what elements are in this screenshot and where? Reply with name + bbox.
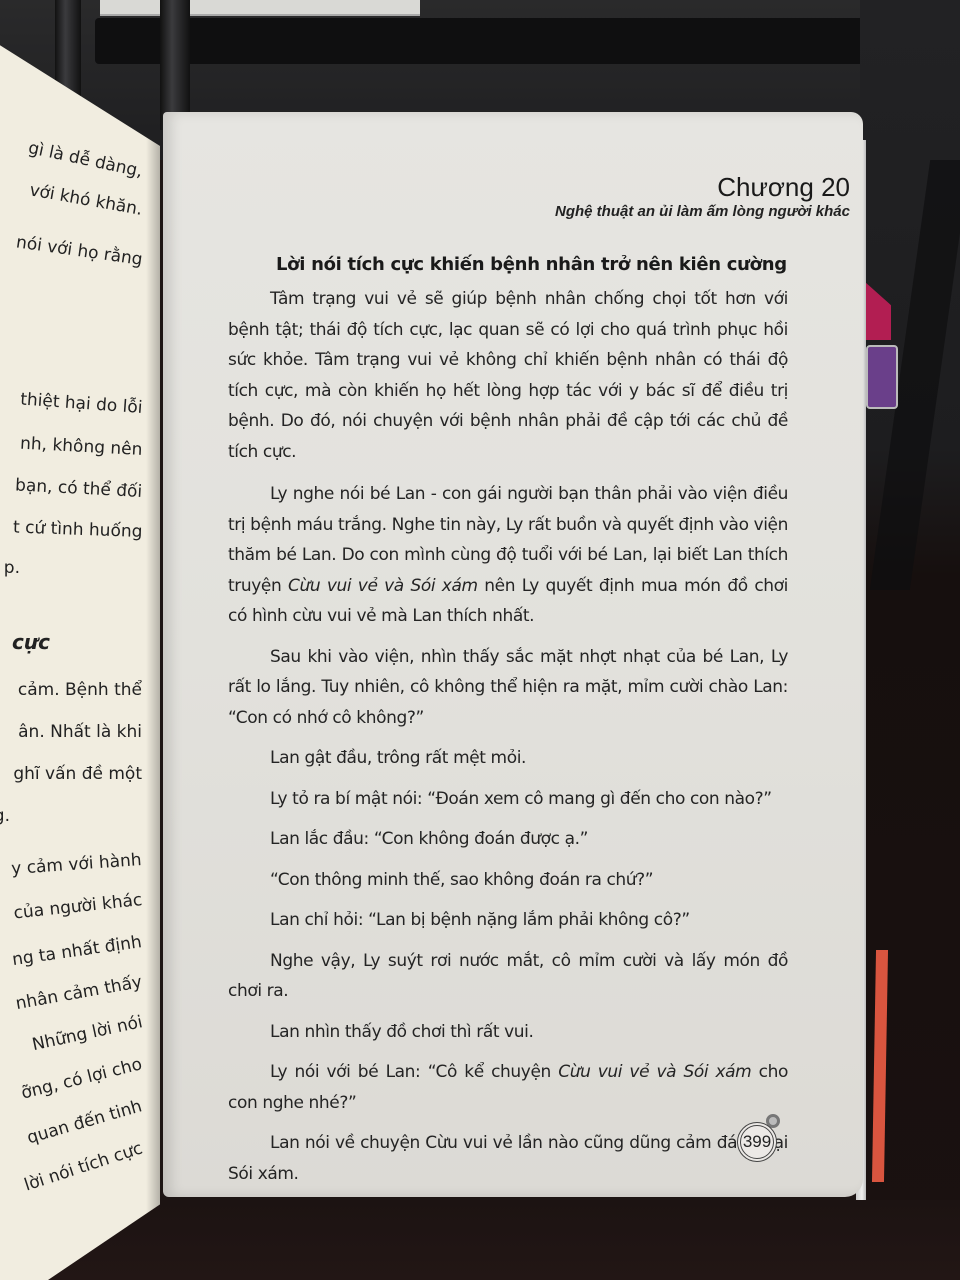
chapter-header: Chương 20 Nghệ thuật an ủi làm ấm lòng n… <box>555 172 850 222</box>
paragraph: Sau khi vào viện, nhìn thấy sắc mặt nhợt… <box>228 642 788 734</box>
page-number: 399 <box>737 1122 777 1162</box>
left-page-line: nhân cảm thấy <box>14 972 143 1014</box>
left-page-line: với khó khăn. <box>28 180 144 220</box>
left-page-line: bạn, có thể đối <box>14 475 142 502</box>
left-page-heading: cực <box>12 630 50 654</box>
left-page-line: ỡng, có lợi cho <box>20 1054 145 1103</box>
left-page-line: lời nói tích cực <box>22 1138 145 1195</box>
paragraph: Tâm trạng vui vẻ sẽ giúp bệnh nhân chống… <box>228 284 788 467</box>
left-page-line: thiệt hại do lỗi <box>19 389 143 417</box>
left-page-line: ng ta nhất định <box>11 932 143 970</box>
book-title-italic: Cừu vui vẻ và Sói xám <box>288 576 478 596</box>
left-page-line: t cứ tình huống <box>12 517 142 542</box>
paragraph-text: Ly nói với bé Lan: “Cô kể chuyện <box>270 1062 551 1082</box>
left-page: gì là dễ dàng, với khó khăn. nói với họ … <box>0 20 160 1280</box>
paragraph: Ly tỏ ra bí mật nói: “Đoán xem cô mang g… <box>228 784 788 815</box>
paragraph: Lan lắc đầu: “Con không đoán được ạ.” <box>228 824 788 855</box>
paragraph: Ly nói với bé Lan: “Cô kể chuyện Cừu vui… <box>228 1057 788 1118</box>
book-title-italic: Cừu vui vẻ và Sói xám <box>558 1062 751 1082</box>
shelf-paper <box>100 0 420 16</box>
left-page-line: Những lời nói <box>30 1012 144 1055</box>
left-page-line: gì là dễ dàng, <box>26 138 144 182</box>
paragraph: Lan gật đầu, trông rất mệt mỏi. <box>228 743 788 774</box>
paragraph: Ly nghe nói bé Lan - con gái người bạn t… <box>228 479 788 632</box>
left-page-line: ghĩ vấn đề một <box>13 764 142 784</box>
paragraph: Lan chỉ hỏi: “Lan bị bệnh nặng lắm phải … <box>228 905 788 936</box>
left-page-line: g. <box>0 806 10 826</box>
paragraph: Lan nhìn thấy đồ chơi thì rất vui. <box>228 1017 788 1048</box>
paragraph: “Con thông minh thế, sao không đoán ra c… <box>228 865 788 896</box>
left-page-line: quan đến tinh <box>25 1096 144 1148</box>
left-page-line: y cảm với hành <box>11 850 143 879</box>
left-page-line: p. <box>4 558 20 578</box>
bookmark-tab-purple <box>866 345 898 409</box>
paragraph: Lan nói về chuyện Cừu vui vẻ lần nào cũn… <box>228 1128 788 1189</box>
shelf-bar <box>95 18 960 64</box>
chapter-title: Chương 20 <box>555 172 850 202</box>
left-page-line: nh, không nên <box>19 434 142 460</box>
left-page-line: cảm. Bệnh thể <box>18 680 142 700</box>
left-page-line: ân. Nhất là khi <box>18 722 142 742</box>
paragraph: Nghe vậy, Ly suýt rơi nước mắt, cô mỉm c… <box>228 946 788 1007</box>
left-page-line: nói với họ rằng <box>14 232 143 270</box>
left-page-line: của người khác <box>12 890 143 923</box>
page-gutter-shadow <box>146 20 160 1280</box>
shelf-pole <box>160 0 190 130</box>
chapter-subtitle: Nghệ thuật an ủi làm ấm lòng người khác <box>555 202 850 222</box>
page-body: Lời nói tích cực khiến bệnh nhân trở nên… <box>228 250 788 1199</box>
section-heading: Lời nói tích cực khiến bệnh nhân trở nên… <box>276 250 788 280</box>
